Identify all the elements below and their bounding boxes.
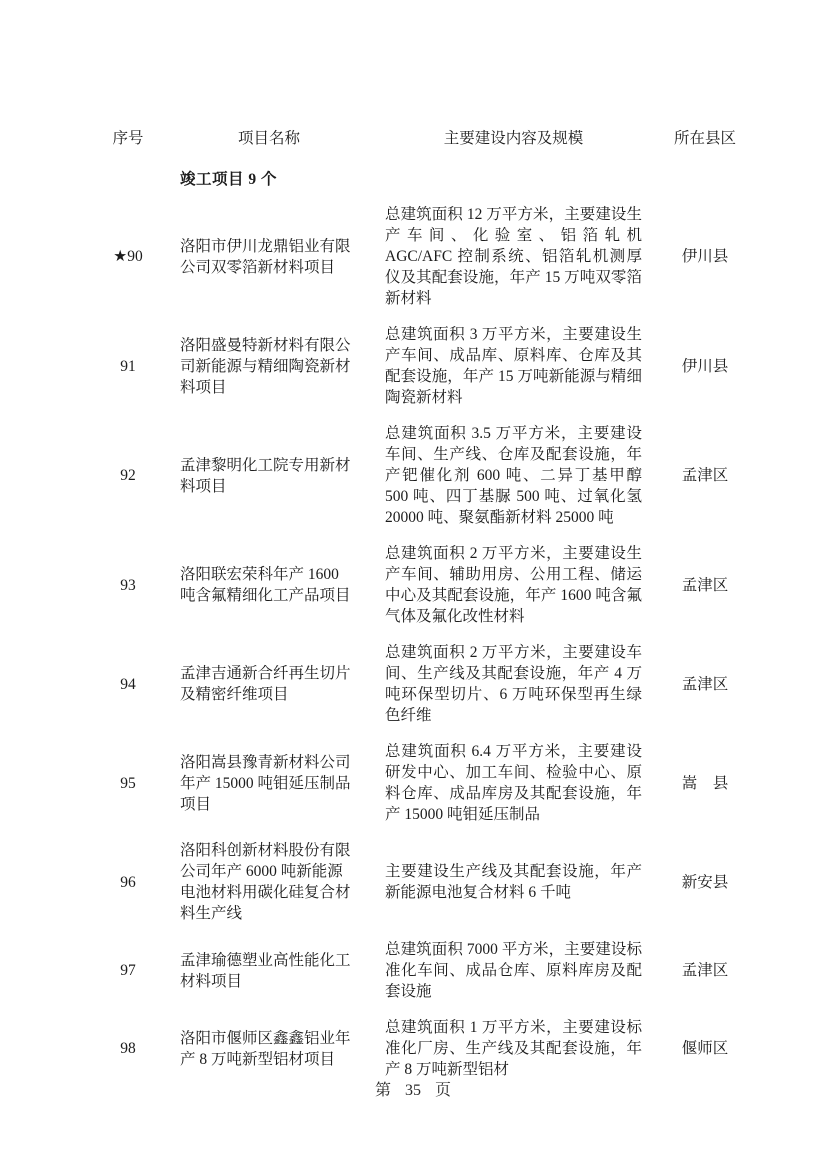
row-serial-number: 97 (96, 960, 160, 981)
county: 嵩 县 (662, 773, 748, 794)
document-page: 序号 项目名称 主要建设内容及规模 所在县区 竣工项目 9 个 ★90 洛阳市伊… (0, 0, 826, 1169)
construction-content: 总建筑面积 12 万平方米，主要建设生产车间、化验室、铝箔轧机 AGC/AFC … (385, 204, 642, 309)
table-row: 92 孟津黎明化工院专用新材料项目 总建筑面积 3.5 万平方米，主要建设车间、… (96, 423, 826, 528)
county: 新安县 (662, 872, 748, 893)
project-name: 孟津黎明化工院专用新材料项目 (180, 455, 358, 497)
table-row: 93 洛阳联宏荣科年产 1600 吨含氟精细化工产品项目 总建筑面积 2 万平方… (96, 543, 826, 627)
project-name: 洛阳盛曼特新材料有限公司新能源与精细陶瓷新材料项目 (180, 335, 358, 398)
table-header-row: 序号 项目名称 主要建设内容及规模 所在县区 (96, 128, 826, 149)
table-row: 94 孟津吉通新合纤再生切片及精密纤维项目 总建筑面积 2 万平方米，主要建设车… (96, 642, 826, 726)
project-name: 洛阳科创新材料股份有限公司年产 6000 吨新能源电池材料用碳化硅复合材料生产线 (180, 840, 358, 924)
project-name: 洛阳联宏荣科年产 1600 吨含氟精细化工产品项目 (180, 564, 358, 606)
row-serial-number: 98 (96, 1038, 160, 1059)
project-name: 孟津瑜德塑业高性能化工材料项目 (180, 950, 358, 992)
county: 孟津区 (662, 960, 748, 981)
row-serial-number: 94 (96, 674, 160, 695)
row-serial-number: 91 (96, 356, 160, 377)
construction-content: 总建筑面积 2 万平方米，主要建设车间、生产线及其配套设施，年产 4 万吨环保型… (385, 642, 642, 726)
header-county: 所在县区 (662, 128, 748, 149)
row-serial-number: 95 (96, 773, 160, 794)
construction-content: 总建筑面积 3 万平方米，主要建设生产车间、成品库、原料库、仓库及其配套设施，年… (385, 324, 642, 408)
construction-content: 总建筑面积 2 万平方米，主要建设生产车间、辅助用房、公用工程、储运中心及其配套… (385, 543, 642, 627)
header-project-name: 项目名称 (180, 128, 358, 149)
project-name: 洛阳市偃师区鑫鑫铝业年产 8 万吨新型铝材项目 (180, 1028, 358, 1070)
projects-table: 序号 项目名称 主要建设内容及规模 所在县区 竣工项目 9 个 ★90 洛阳市伊… (96, 128, 826, 1080)
header-serial-number: 序号 (96, 128, 160, 149)
table-body: ★90 洛阳市伊川龙鼎铝业有限公司双零箔新材料项目 总建筑面积 12 万平方米，… (96, 204, 826, 1080)
section-title-completed-projects: 竣工项目 9 个 (180, 169, 826, 190)
project-name: 洛阳嵩县豫青新材料公司年产 15000 吨钼延压制品项目 (180, 752, 358, 815)
county: 孟津区 (662, 575, 748, 596)
page-number: 第 35 页 (0, 1080, 826, 1101)
construction-content: 总建筑面积 7000 平方米，主要建设标准化车间、成品仓库、原料库房及配套设施 (385, 939, 642, 1002)
table-row: 96 洛阳科创新材料股份有限公司年产 6000 吨新能源电池材料用碳化硅复合材料… (96, 840, 826, 924)
county: 孟津区 (662, 674, 748, 695)
county: 孟津区 (662, 465, 748, 486)
construction-content: 总建筑面积 1 万平方米，主要建设标准化厂房、生产线及其配套设施，年产 8 万吨… (385, 1017, 642, 1080)
row-serial-number: 96 (96, 872, 160, 893)
table-row: 95 洛阳嵩县豫青新材料公司年产 15000 吨钼延压制品项目 总建筑面积 6.… (96, 741, 826, 825)
construction-content: 总建筑面积 3.5 万平方米，主要建设车间、生产线、仓库及配套设施，年产钯催化剂… (385, 423, 642, 528)
table-row: 98 洛阳市偃师区鑫鑫铝业年产 8 万吨新型铝材项目 总建筑面积 1 万平方米，… (96, 1017, 826, 1080)
table-row: 97 孟津瑜德塑业高性能化工材料项目 总建筑面积 7000 平方米，主要建设标准… (96, 939, 826, 1002)
county: 偃师区 (662, 1038, 748, 1059)
county: 伊川县 (662, 356, 748, 377)
construction-content: 主要建设生产线及其配套设施，年产新能源电池复合材料 6 千吨 (385, 861, 642, 903)
row-serial-number: ★90 (96, 246, 160, 267)
construction-content: 总建筑面积 6.4 万平方米，主要建设研发中心、加工车间、检验中心、原料仓库、成… (385, 741, 642, 825)
row-serial-number: 92 (96, 465, 160, 486)
row-serial-number: 93 (96, 575, 160, 596)
header-construction-content: 主要建设内容及规模 (385, 128, 642, 149)
table-row: 91 洛阳盛曼特新材料有限公司新能源与精细陶瓷新材料项目 总建筑面积 3 万平方… (96, 324, 826, 408)
project-name: 孟津吉通新合纤再生切片及精密纤维项目 (180, 663, 358, 705)
county: 伊川县 (662, 246, 748, 267)
project-name: 洛阳市伊川龙鼎铝业有限公司双零箔新材料项目 (180, 236, 358, 278)
table-row: ★90 洛阳市伊川龙鼎铝业有限公司双零箔新材料项目 总建筑面积 12 万平方米，… (96, 204, 826, 309)
